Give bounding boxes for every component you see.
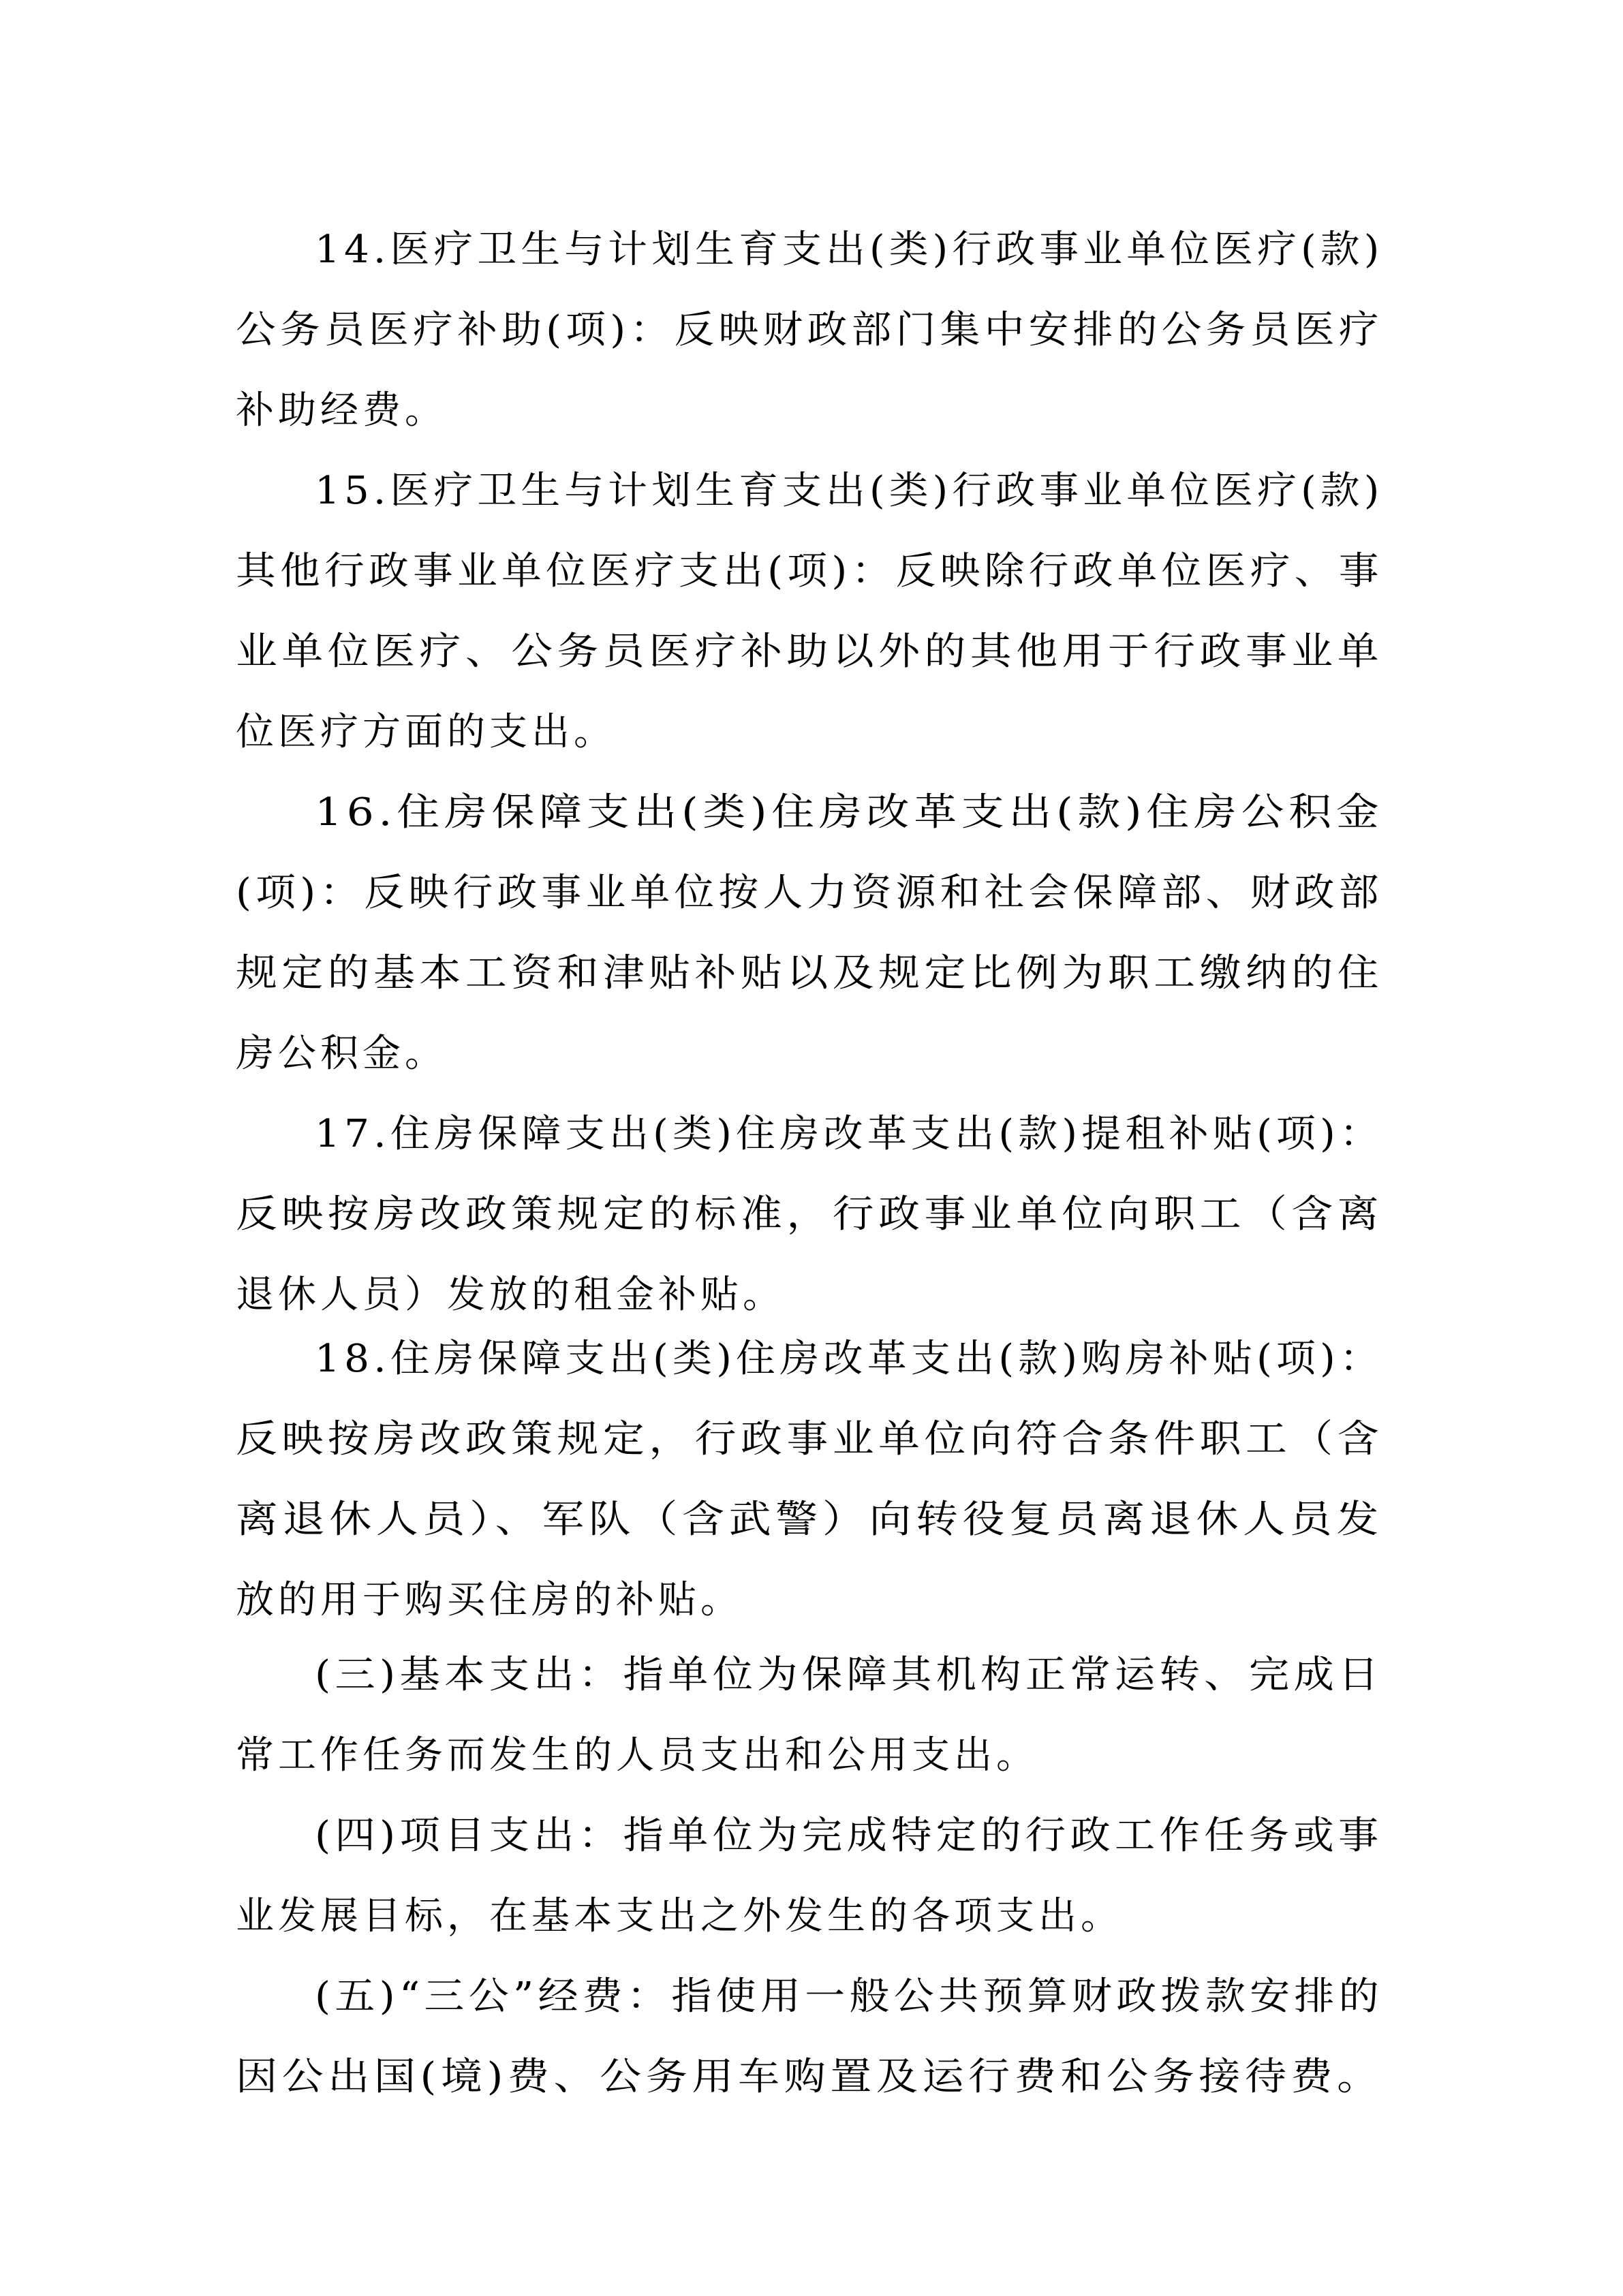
paragraph-line: 16.住房保障支出(类)住房改革支出(款)住房公积金 [315,789,1383,837]
paragraph-line: 房公积金。 [236,1030,447,1078]
paragraph-line: 业发展目标，在基本支出之外发生的各项支出。 [236,1893,1123,1940]
paragraph-line: 业单位医疗、公务员医疗补助以外的其他用于行政事业单 [236,628,1383,676]
paragraph-line: (三)基本支出：指单位为保障其机构正常运转、完成日 [315,1651,1383,1699]
paragraph-line: 补助经费。 [236,387,447,435]
paragraph-line: 17.住房保障支出(类)住房改革支出(款)提租补贴(项)： [315,1111,1383,1158]
paragraph-line: 退休人员）发放的租金补贴。 [236,1271,785,1319]
paragraph-line: 反映按房改政策规定的标准，行政事业单位向职工（含离 [236,1191,1383,1239]
paragraph-line: 其他行政事业单位医疗支出(项)：反映除行政单位医疗、事 [236,548,1383,595]
paragraph-line: 离退休人员）、军队（含武警）向转役复员离退休人员发 [236,1496,1383,1544]
paragraph-line: (项)：反映行政事业单位按人力资源和社会保障部、财政部 [236,869,1383,917]
paragraph-line: 因公出国(境)费、公务用车购置及运行费和公务接待费。 [236,2053,1383,2101]
paragraph-line: 常工作任务而发生的人员支出和公用支出。 [236,1732,1038,1780]
paragraph-line: 放的用于购买住房的补贴。 [236,1577,743,1624]
paragraph-line: 反映按房改政策规定，行政事业单位向符合条件职工（含 [236,1416,1383,1463]
paragraph-line: 18.住房保障支出(类)住房改革支出(款)购房补贴(项)： [315,1335,1383,1383]
paragraph-line: (四)项目支出：指单位为完成特定的行政工作任务或事 [315,1812,1383,1860]
document-page: 14.医疗卫生与计划生育支出(类)行政事业单位医疗(款) 公务员医疗补助(项)：… [0,0,1623,2296]
paragraph-line: 14.医疗卫生与计划生育支出(类)行政事业单位医疗(款) [315,226,1383,274]
paragraph-line: 规定的基本工资和津贴补贴以及规定比例为职工缴纳的住 [236,950,1383,997]
paragraph-line: (五)“三公”经费：指使用一般公共预算财政拨款安排的 [315,1973,1383,2021]
paragraph-line: 公务员医疗补助(项)：反映财政部门集中安排的公务员医疗 [236,307,1383,354]
paragraph-line: 15.医疗卫生与计划生育支出(类)行政事业单位医疗(款) [315,467,1383,515]
paragraph-line: 位医疗方面的支出。 [236,709,616,756]
